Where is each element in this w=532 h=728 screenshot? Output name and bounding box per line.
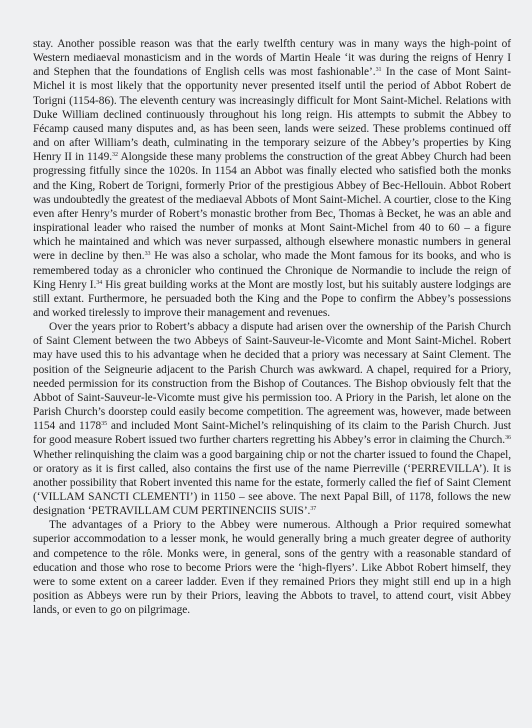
paragraph-text: The advantages of a Priory to the Abbey …	[33, 519, 511, 616]
paragraph-text: His great building works at the Mont are…	[33, 279, 511, 319]
footnote-ref-37[interactable]: 37	[310, 506, 316, 512]
paragraph-text: In the case of Mont Saint-Michel it is m…	[33, 66, 511, 163]
paragraph-1: stay. Another possible reason was that t…	[33, 37, 511, 320]
footnote-ref-36[interactable]: 36	[505, 435, 511, 441]
paragraph-text: Whether relinquishing the claim was a go…	[33, 449, 511, 518]
paragraph-2: Over the years prior to Robert’s abbacy …	[33, 320, 511, 518]
paragraph-3: The advantages of a Priory to the Abbey …	[33, 518, 511, 617]
paragraph-text: Alongside these many problems the constr…	[33, 151, 511, 262]
document-page: stay. Another possible reason was that t…	[33, 37, 511, 617]
paragraph-text: Over the years prior to Robert’s abbacy …	[33, 321, 511, 432]
